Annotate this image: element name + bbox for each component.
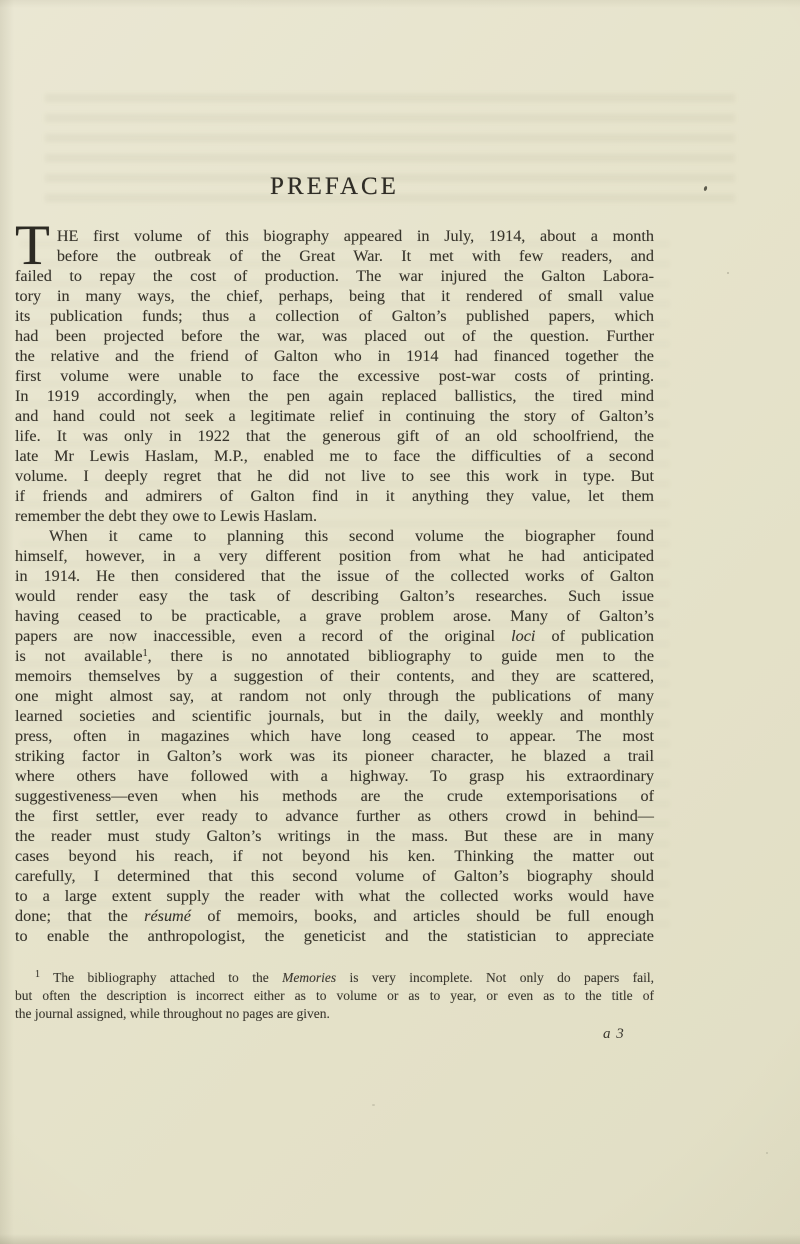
text-segment: papers are now inaccessible, even a reco… (15, 627, 511, 645)
text-line: HE first volume of this biography appear… (15, 226, 654, 246)
text-segment: HE first volume of this biography appear… (57, 227, 654, 245)
text-segment: memoirs themselves by a suggestion of th… (15, 667, 654, 685)
text-line: the reader must study Galton’s writings … (15, 826, 654, 846)
paper-speck (766, 1152, 768, 1154)
scanned-page: PREFACE THE first volume of this biograp… (0, 0, 800, 1244)
italic-text: loci (511, 627, 535, 645)
text-segment: volume. I deeply regret that he did not … (15, 467, 654, 485)
paper-speck (703, 186, 707, 192)
text-segment: done; that the (15, 907, 144, 925)
text-line: the first settler, ever ready to advance… (15, 806, 654, 826)
paragraph: THE first volume of this biography appea… (15, 226, 654, 526)
text-line: tory in many ways, the chief, perhaps, b… (15, 286, 654, 306)
text-line: in 1914. He then considered that the iss… (15, 566, 654, 586)
page-title: PREFACE (15, 173, 654, 201)
text-segment: where others have followed with a highwa… (15, 767, 654, 785)
text-segment: the reader must study Galton’s writings … (15, 827, 654, 845)
text-line: would render easy the task of describing… (15, 586, 654, 606)
footnote-line: 1 The bibliography attached to the Memor… (15, 969, 654, 987)
text-line: failed to repay the cost of production. … (15, 266, 654, 286)
text-line: himself, however, in a very different po… (15, 546, 654, 566)
text-segment: failed to repay the cost of production. … (15, 267, 654, 285)
footnote: 1 The bibliography attached to the Memor… (15, 969, 654, 1023)
book-page: { "page": { "title": "PREFACE", "signatu… (0, 0, 800, 1244)
text-segment: press, often in magazines which have lon… (15, 727, 654, 745)
text-line: to a large extent supply the reader with… (15, 886, 654, 906)
text-line: first volume were unable to face the exc… (15, 366, 654, 386)
text-segment: to enable the anthropologist, the geneti… (15, 927, 654, 945)
text-segment: The bibliography attached to the (40, 970, 282, 985)
paper-speck (727, 272, 729, 274)
text-line: and hand could not seek a legitimate rel… (15, 406, 654, 426)
text-segment: striking factor in Galton’s work was its… (15, 747, 654, 765)
text-segment: the first settler, ever ready to advance… (15, 807, 654, 825)
text-line: striking factor in Galton’s work was its… (15, 746, 654, 766)
text-line: to enable the anthropologist, the geneti… (15, 926, 654, 946)
text-segment: if friends and admirers of Galton find i… (15, 487, 654, 505)
text-segment: one might almost say, at random not only… (15, 687, 654, 705)
text-segment: and hand could not seek a legitimate rel… (15, 407, 654, 425)
text-line: When it came to planning this second vol… (15, 526, 654, 546)
text-segment: late Mr Lewis Haslam, M.P., enabled me t… (15, 447, 654, 465)
footnote-marker: 1 (35, 969, 40, 980)
text-line: is not available1, there is no annotated… (15, 646, 654, 666)
text-line: if friends and admirers of Galton find i… (15, 486, 654, 506)
footnote-marker: 1 (143, 648, 148, 659)
text-segment: tory in many ways, the chief, perhaps, b… (15, 287, 654, 305)
text-segment: the journal assigned, while throughout n… (15, 1006, 330, 1021)
text-segment: in 1914. He then considered that the iss… (15, 567, 654, 585)
text-line: learned societies and scientific journal… (15, 706, 654, 726)
text-segment: himself, however, in a very different po… (15, 547, 654, 565)
footnote-line: but often the description is incorrect e… (15, 987, 654, 1005)
text-segment: to a large extent supply the reader with… (15, 887, 654, 905)
text-segment: In 1919 accordingly, when the pen again … (15, 387, 654, 405)
text-line: suggestiveness—even when his methods are… (15, 786, 654, 806)
text-segment: of memoirs, books, and articles should b… (191, 907, 654, 925)
text-segment: first volume were unable to face the exc… (15, 367, 654, 385)
text-line: the relative and the friend of Galton wh… (15, 346, 654, 366)
text-line: late Mr Lewis Haslam, M.P., enabled me t… (15, 446, 654, 466)
text-line: cases beyond his reach, if not beyond hi… (15, 846, 654, 866)
text-segment: remember the debt they owe to Lewis Hasl… (15, 507, 317, 525)
text-line: remember the debt they owe to Lewis Hasl… (15, 506, 654, 526)
text-segment: the relative and the friend of Galton wh… (15, 347, 654, 365)
text-line: life. It was only in 1922 that the gener… (15, 426, 654, 446)
text-line: papers are now inaccessible, even a reco… (15, 626, 654, 646)
text-line: having ceased to be practicable, a grave… (15, 606, 654, 626)
text-line: one might almost say, at random not only… (15, 686, 654, 706)
signature-mark: a 3 (603, 1026, 625, 1043)
text-line: had been projected before the war, was p… (15, 326, 654, 346)
italic-text: Memories (282, 970, 336, 985)
paper-speck (372, 1104, 375, 1106)
text-line: before the outbreak of the Great War. It… (15, 246, 654, 266)
text-segment: before the outbreak of the Great War. It… (57, 247, 654, 265)
text-line: done; that the résumé of memoirs, books,… (15, 906, 654, 926)
text-line: its publication funds; thus a collection… (15, 306, 654, 326)
text-segment: cases beyond his reach, if not beyond hi… (15, 847, 654, 865)
text-line: carefully, I determined that this second… (15, 866, 654, 886)
drop-cap: T (15, 226, 57, 266)
text-segment: When it came to planning this second vol… (49, 527, 654, 545)
text-segment: is very incomplete. Not only do papers f… (336, 970, 654, 985)
text-segment: having ceased to be practicable, a grave… (15, 607, 654, 625)
preface-body: THE first volume of this biography appea… (15, 226, 654, 946)
text-segment: of publication (535, 627, 654, 645)
text-segment: carefully, I determined that this second… (15, 867, 654, 885)
text-segment: its publication funds; thus a collection… (15, 307, 654, 325)
text-segment: would render easy the task of describing… (15, 587, 654, 605)
text-line: volume. I deeply regret that he did not … (15, 466, 654, 486)
text-segment: , there is no annotated bibliography to … (148, 647, 654, 665)
text-line: press, often in magazines which have lon… (15, 726, 654, 746)
footnote-line: the journal assigned, while throughout n… (15, 1005, 654, 1023)
text-line: In 1919 accordingly, when the pen again … (15, 386, 654, 406)
text-segment: learned societies and scientific journal… (15, 707, 654, 725)
paragraph: When it came to planning this second vol… (15, 526, 654, 946)
text-segment: had been projected before the war, was p… (15, 327, 654, 345)
text-line: where others have followed with a highwa… (15, 766, 654, 786)
text-segment: but often the description is incorrect e… (15, 988, 654, 1003)
text-segment: is not available (15, 647, 143, 665)
text-segment: life. It was only in 1922 that the gener… (15, 427, 654, 445)
italic-text: résumé (144, 907, 191, 925)
text-line: memoirs themselves by a suggestion of th… (15, 666, 654, 686)
text-segment: suggestiveness—even when his methods are… (15, 787, 654, 805)
